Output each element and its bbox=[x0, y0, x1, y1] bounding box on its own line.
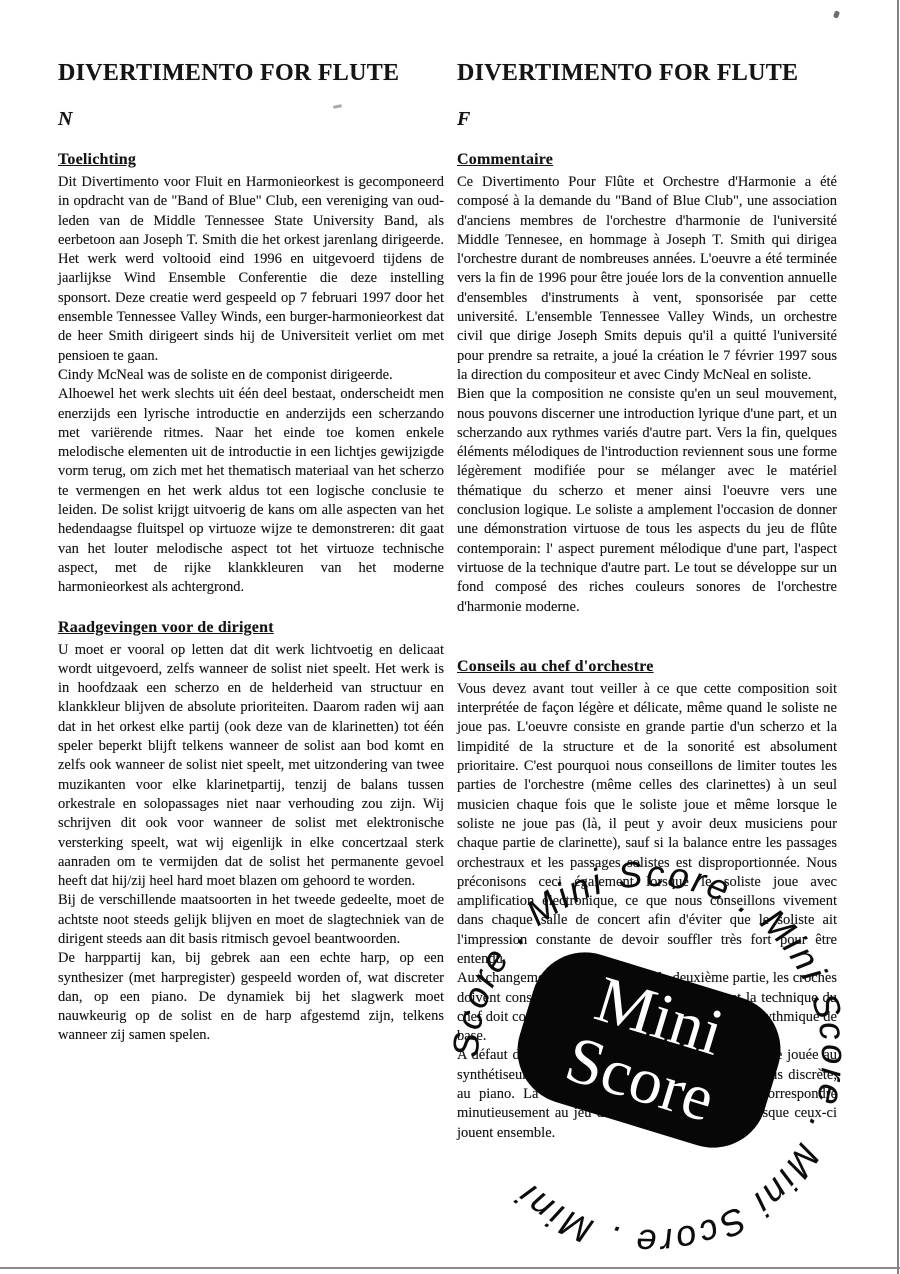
paragraph: Aux changements de mesure dans la deuxiè… bbox=[457, 969, 837, 1046]
section-toelichting: Toelichting Dit Divertimento voor Fluit … bbox=[58, 151, 444, 598]
scanned-score-preface-page: DIVERTIMENTO FOR FLUTE N Toelichting Dit… bbox=[0, 0, 900, 1274]
scan-speck bbox=[833, 10, 840, 18]
paragraph: Bien que la composition ne consiste qu'e… bbox=[457, 385, 837, 617]
paragraph: Alhoewel het werk slechts uit één deel b… bbox=[58, 385, 444, 597]
scan-edge-line-right bbox=[897, 0, 899, 1274]
paragraph: Cindy McNeal was de soliste en de compon… bbox=[58, 366, 444, 385]
page-title-right: DIVERTIMENTO FOR FLUTE bbox=[457, 60, 837, 87]
language-label-french: F bbox=[457, 108, 837, 131]
section-commentaire: Commentaire Ce Divertimento Pour Flûte e… bbox=[457, 151, 837, 617]
paragraph: Bij de verschillende maatsoorten in het … bbox=[58, 891, 444, 949]
paragraph: Dit Divertimento voor Fluit en Harmonieo… bbox=[58, 173, 444, 366]
paragraph: A défaut d'une vraie harpe, la partie de… bbox=[457, 1046, 837, 1142]
dutch-column: DIVERTIMENTO FOR FLUTE N Toelichting Dit… bbox=[58, 0, 444, 1046]
section-heading: Commentaire bbox=[457, 151, 837, 169]
paragraph: De harppartij kan, bij gebrek aan een ec… bbox=[58, 949, 444, 1045]
language-label-dutch: N bbox=[58, 108, 444, 131]
scan-edge-line-bottom bbox=[0, 1267, 900, 1269]
section-heading: Raadgevingen voor de dirigent bbox=[58, 619, 444, 637]
paragraph: Vous devez avant tout veiller à ce que c… bbox=[457, 680, 837, 969]
section-raadgevingen: Raadgevingen voor de dirigent U moet er … bbox=[58, 619, 444, 1046]
section-heading: Toelichting bbox=[58, 151, 444, 169]
section-heading: Conseils au chef d'orchestre bbox=[457, 658, 837, 676]
paragraph: Ce Divertimento Pour Flûte et Orchestre … bbox=[457, 173, 837, 385]
paragraph: U moet er vooral op letten dat dit werk … bbox=[58, 641, 444, 892]
section-conseils: Conseils au chef d'orchestre Vous devez … bbox=[457, 658, 837, 1143]
page-title-left: DIVERTIMENTO FOR FLUTE bbox=[58, 60, 444, 87]
french-column: DIVERTIMENTO FOR FLUTE F Commentaire Ce … bbox=[457, 0, 837, 1143]
